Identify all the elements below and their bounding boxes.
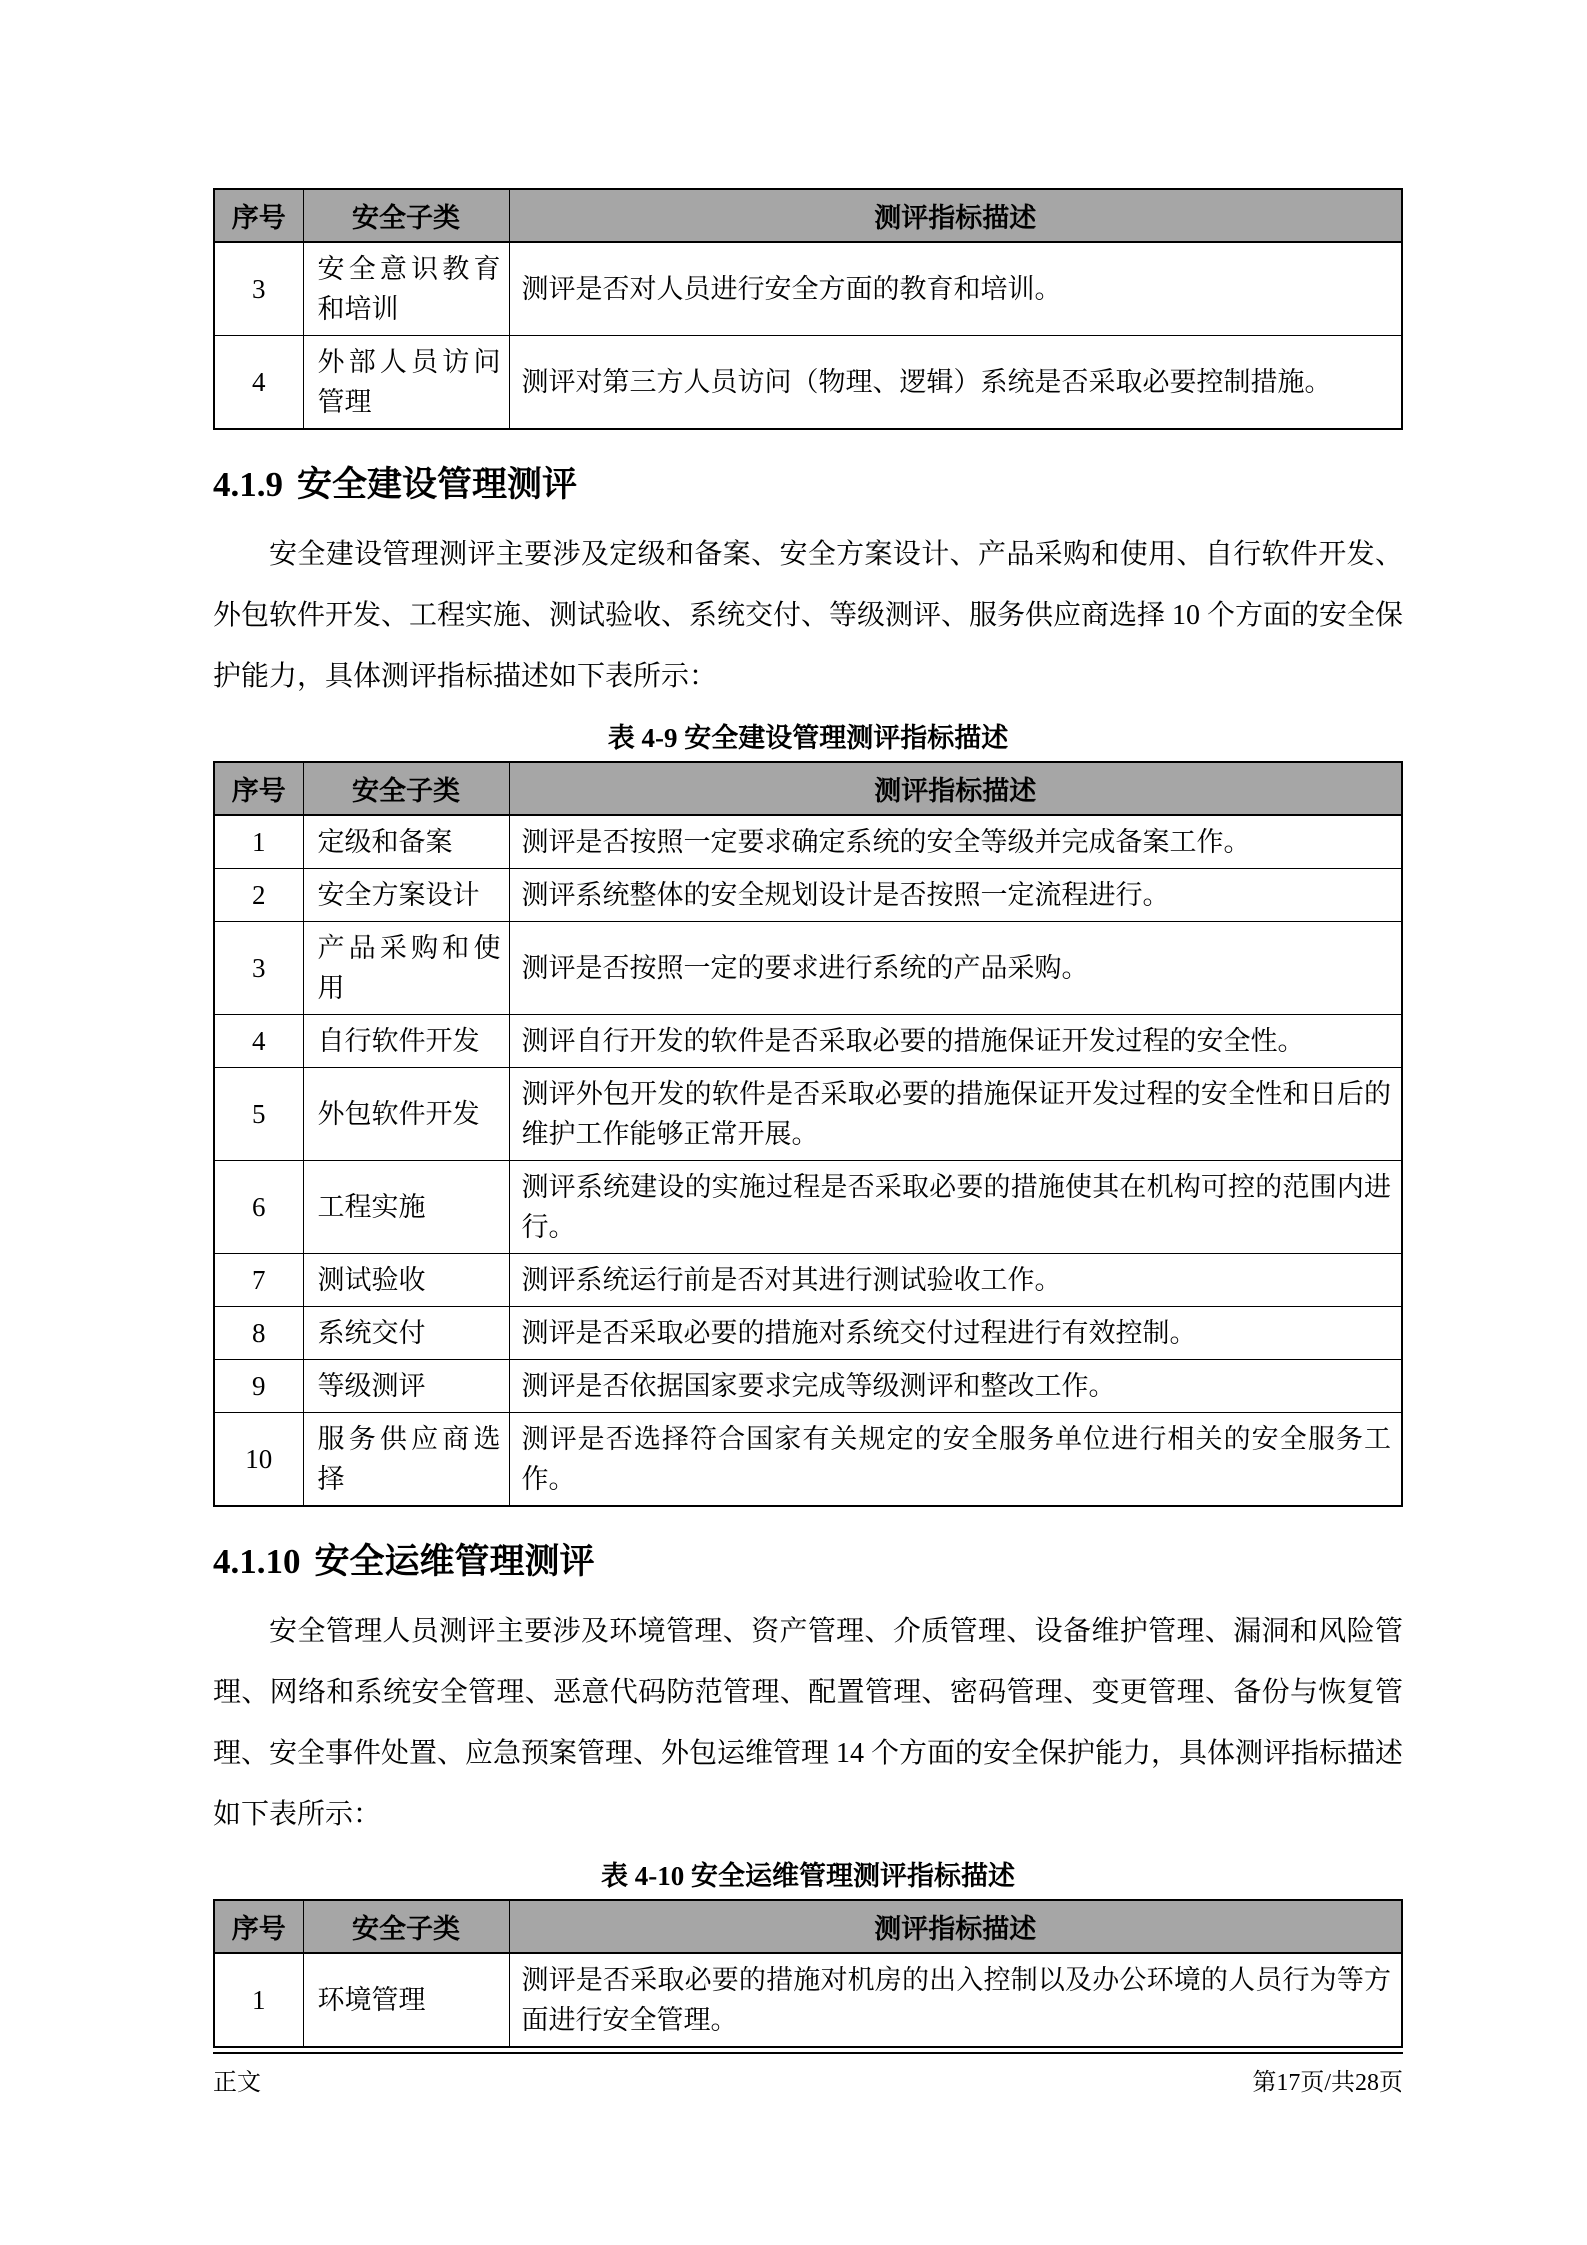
- column-header-number: 序号: [214, 189, 303, 242]
- table-row: 8 系统交付 测评是否采取必要的措施对系统交付过程进行有效控制。: [214, 1307, 1402, 1360]
- security-subcategory: 产品采购和使用: [303, 922, 509, 1015]
- security-subcategory: 等级测评: [303, 1360, 509, 1413]
- column-header-description: 测评指标描述: [509, 189, 1402, 242]
- row-number: 4: [214, 336, 303, 430]
- column-header-description: 测评指标描述: [509, 762, 1402, 815]
- indicator-description: 测评是否选择符合国家有关规定的安全服务单位进行相关的安全服务工作。: [509, 1413, 1402, 1507]
- security-subcategory: 定级和备案: [303, 815, 509, 869]
- column-header-subcategory: 安全子类: [303, 189, 509, 242]
- table-header-row: 序号 安全子类 测评指标描述: [214, 1900, 1402, 1953]
- table-header-row: 序号 安全子类 测评指标描述: [214, 762, 1402, 815]
- row-number: 1: [214, 815, 303, 869]
- security-subcategory: 外包软件开发: [303, 1068, 509, 1161]
- table-row: 1 定级和备案 测评是否按照一定要求确定系统的安全等级并完成备案工作。: [214, 815, 1402, 869]
- page-footer: 正文 第17页/共28页: [213, 2052, 1403, 2097]
- security-subcategory: 服务供应商选择: [303, 1413, 509, 1507]
- security-subcategory: 安全方案设计: [303, 869, 509, 922]
- table-row: 10 服务供应商选择 测评是否选择符合国家有关规定的安全服务单位进行相关的安全服…: [214, 1413, 1402, 1507]
- column-header-description: 测评指标描述: [509, 1900, 1402, 1953]
- table-4-9: 序号 安全子类 测评指标描述 1 定级和备案 测评是否按照一定要求确定系统的安全…: [213, 761, 1403, 1507]
- indicator-description: 测评是否按照一定要求确定系统的安全等级并完成备案工作。: [509, 815, 1402, 869]
- row-number: 8: [214, 1307, 303, 1360]
- footer-doc-section-label: 正文: [213, 2062, 261, 2097]
- table-row: 7 测试验收 测评系统运行前是否对其进行测试验收工作。: [214, 1254, 1402, 1307]
- security-subcategory: 安全意识教育和培训: [303, 242, 509, 336]
- footer-page-number: 第17页/共28页: [1252, 2062, 1403, 2097]
- table-row: 9 等级测评 测评是否依据国家要求完成等级测评和整改工作。: [214, 1360, 1402, 1413]
- indicator-description: 测评是否对人员进行安全方面的教育和培训。: [509, 242, 1402, 336]
- table-row: 4 外部人员访问管理 测评对第三方人员访问（物理、逻辑）系统是否采取必要控制措施…: [214, 336, 1402, 430]
- prev-page-table: 序号 安全子类 测评指标描述 3 安全意识教育和培训 测评是否对人员进行安全方面…: [213, 188, 1403, 430]
- row-number: 3: [214, 922, 303, 1015]
- row-number: 3: [214, 242, 303, 336]
- paragraph-4-1-9: 安全建设管理测评主要涉及定级和备案、安全方案设计、产品采购和使用、自行软件开发、…: [213, 524, 1403, 707]
- row-number: 2: [214, 869, 303, 922]
- column-header-subcategory: 安全子类: [303, 1900, 509, 1953]
- table-caption-4-10: 表 4-10 安全运维管理测评指标描述: [213, 1859, 1403, 1893]
- row-number: 1: [214, 1953, 303, 2047]
- column-header-number: 序号: [214, 762, 303, 815]
- table-row: 1 环境管理 测评是否采取必要的措施对机房的出入控制以及办公环境的人员行为等方面…: [214, 1953, 1402, 2047]
- security-subcategory: 环境管理: [303, 1953, 509, 2047]
- table-row: 6 工程实施 测评系统建设的实施过程是否采取必要的措施使其在机构可控的范围内进行…: [214, 1161, 1402, 1254]
- paragraph-4-1-10: 安全管理人员测评主要涉及环境管理、资产管理、介质管理、设备维护管理、漏洞和风险管…: [213, 1601, 1403, 1845]
- column-header-number: 序号: [214, 1900, 303, 1953]
- indicator-description: 测评是否采取必要的措施对系统交付过程进行有效控制。: [509, 1307, 1402, 1360]
- indicator-description: 测评是否依据国家要求完成等级测评和整改工作。: [509, 1360, 1402, 1413]
- indicator-description: 测评外包开发的软件是否采取必要的措施保证开发过程的安全性和日后的维护工作能够正常…: [509, 1068, 1402, 1161]
- table-4-10: 序号 安全子类 测评指标描述 1 环境管理 测评是否采取必要的措施对机房的出入控…: [213, 1899, 1403, 2048]
- indicator-description: 测评系统运行前是否对其进行测试验收工作。: [509, 1254, 1402, 1307]
- table-header-row: 序号 安全子类 测评指标描述: [214, 189, 1402, 242]
- row-number: 7: [214, 1254, 303, 1307]
- heading-number: 4.1.9: [213, 465, 283, 504]
- table-row: 5 外包软件开发 测评外包开发的软件是否采取必要的措施保证开发过程的安全性和日后…: [214, 1068, 1402, 1161]
- indicator-description: 测评是否按照一定的要求进行系统的产品采购。: [509, 922, 1402, 1015]
- security-subcategory: 测试验收: [303, 1254, 509, 1307]
- indicator-description: 测评是否采取必要的措施对机房的出入控制以及办公环境的人员行为等方面进行安全管理。: [509, 1953, 1402, 2047]
- security-subcategory: 外部人员访问管理: [303, 336, 509, 430]
- indicator-description: 测评对第三方人员访问（物理、逻辑）系统是否采取必要控制措施。: [509, 336, 1402, 430]
- section-heading-4-1-10: 4.1.10安全运维管理测评: [213, 1539, 1403, 1585]
- row-number: 5: [214, 1068, 303, 1161]
- heading-title: 安全建设管理测评: [297, 465, 577, 504]
- table-row: 3 安全意识教育和培训 测评是否对人员进行安全方面的教育和培训。: [214, 242, 1402, 336]
- table-row: 4 自行软件开发 测评自行开发的软件是否采取必要的措施保证开发过程的安全性。: [214, 1015, 1402, 1068]
- row-number: 6: [214, 1161, 303, 1254]
- table-row: 3 产品采购和使用 测评是否按照一定的要求进行系统的产品采购。: [214, 922, 1402, 1015]
- security-subcategory: 自行软件开发: [303, 1015, 509, 1068]
- row-number: 9: [214, 1360, 303, 1413]
- heading-number: 4.1.10: [213, 1542, 301, 1581]
- table-caption-4-9: 表 4-9 安全建设管理测评指标描述: [213, 721, 1403, 755]
- security-subcategory: 工程实施: [303, 1161, 509, 1254]
- column-header-subcategory: 安全子类: [303, 762, 509, 815]
- table-row: 2 安全方案设计 测评系统整体的安全规划设计是否按照一定流程进行。: [214, 869, 1402, 922]
- heading-title: 安全运维管理测评: [315, 1542, 595, 1581]
- indicator-description: 测评自行开发的软件是否采取必要的措施保证开发过程的安全性。: [509, 1015, 1402, 1068]
- document-page: 序号 安全子类 测评指标描述 3 安全意识教育和培训 测评是否对人员进行安全方面…: [0, 0, 1587, 2245]
- row-number: 4: [214, 1015, 303, 1068]
- indicator-description: 测评系统整体的安全规划设计是否按照一定流程进行。: [509, 869, 1402, 922]
- indicator-description: 测评系统建设的实施过程是否采取必要的措施使其在机构可控的范围内进行。: [509, 1161, 1402, 1254]
- security-subcategory: 系统交付: [303, 1307, 509, 1360]
- row-number: 10: [214, 1413, 303, 1507]
- section-heading-4-1-9: 4.1.9安全建设管理测评: [213, 462, 1403, 508]
